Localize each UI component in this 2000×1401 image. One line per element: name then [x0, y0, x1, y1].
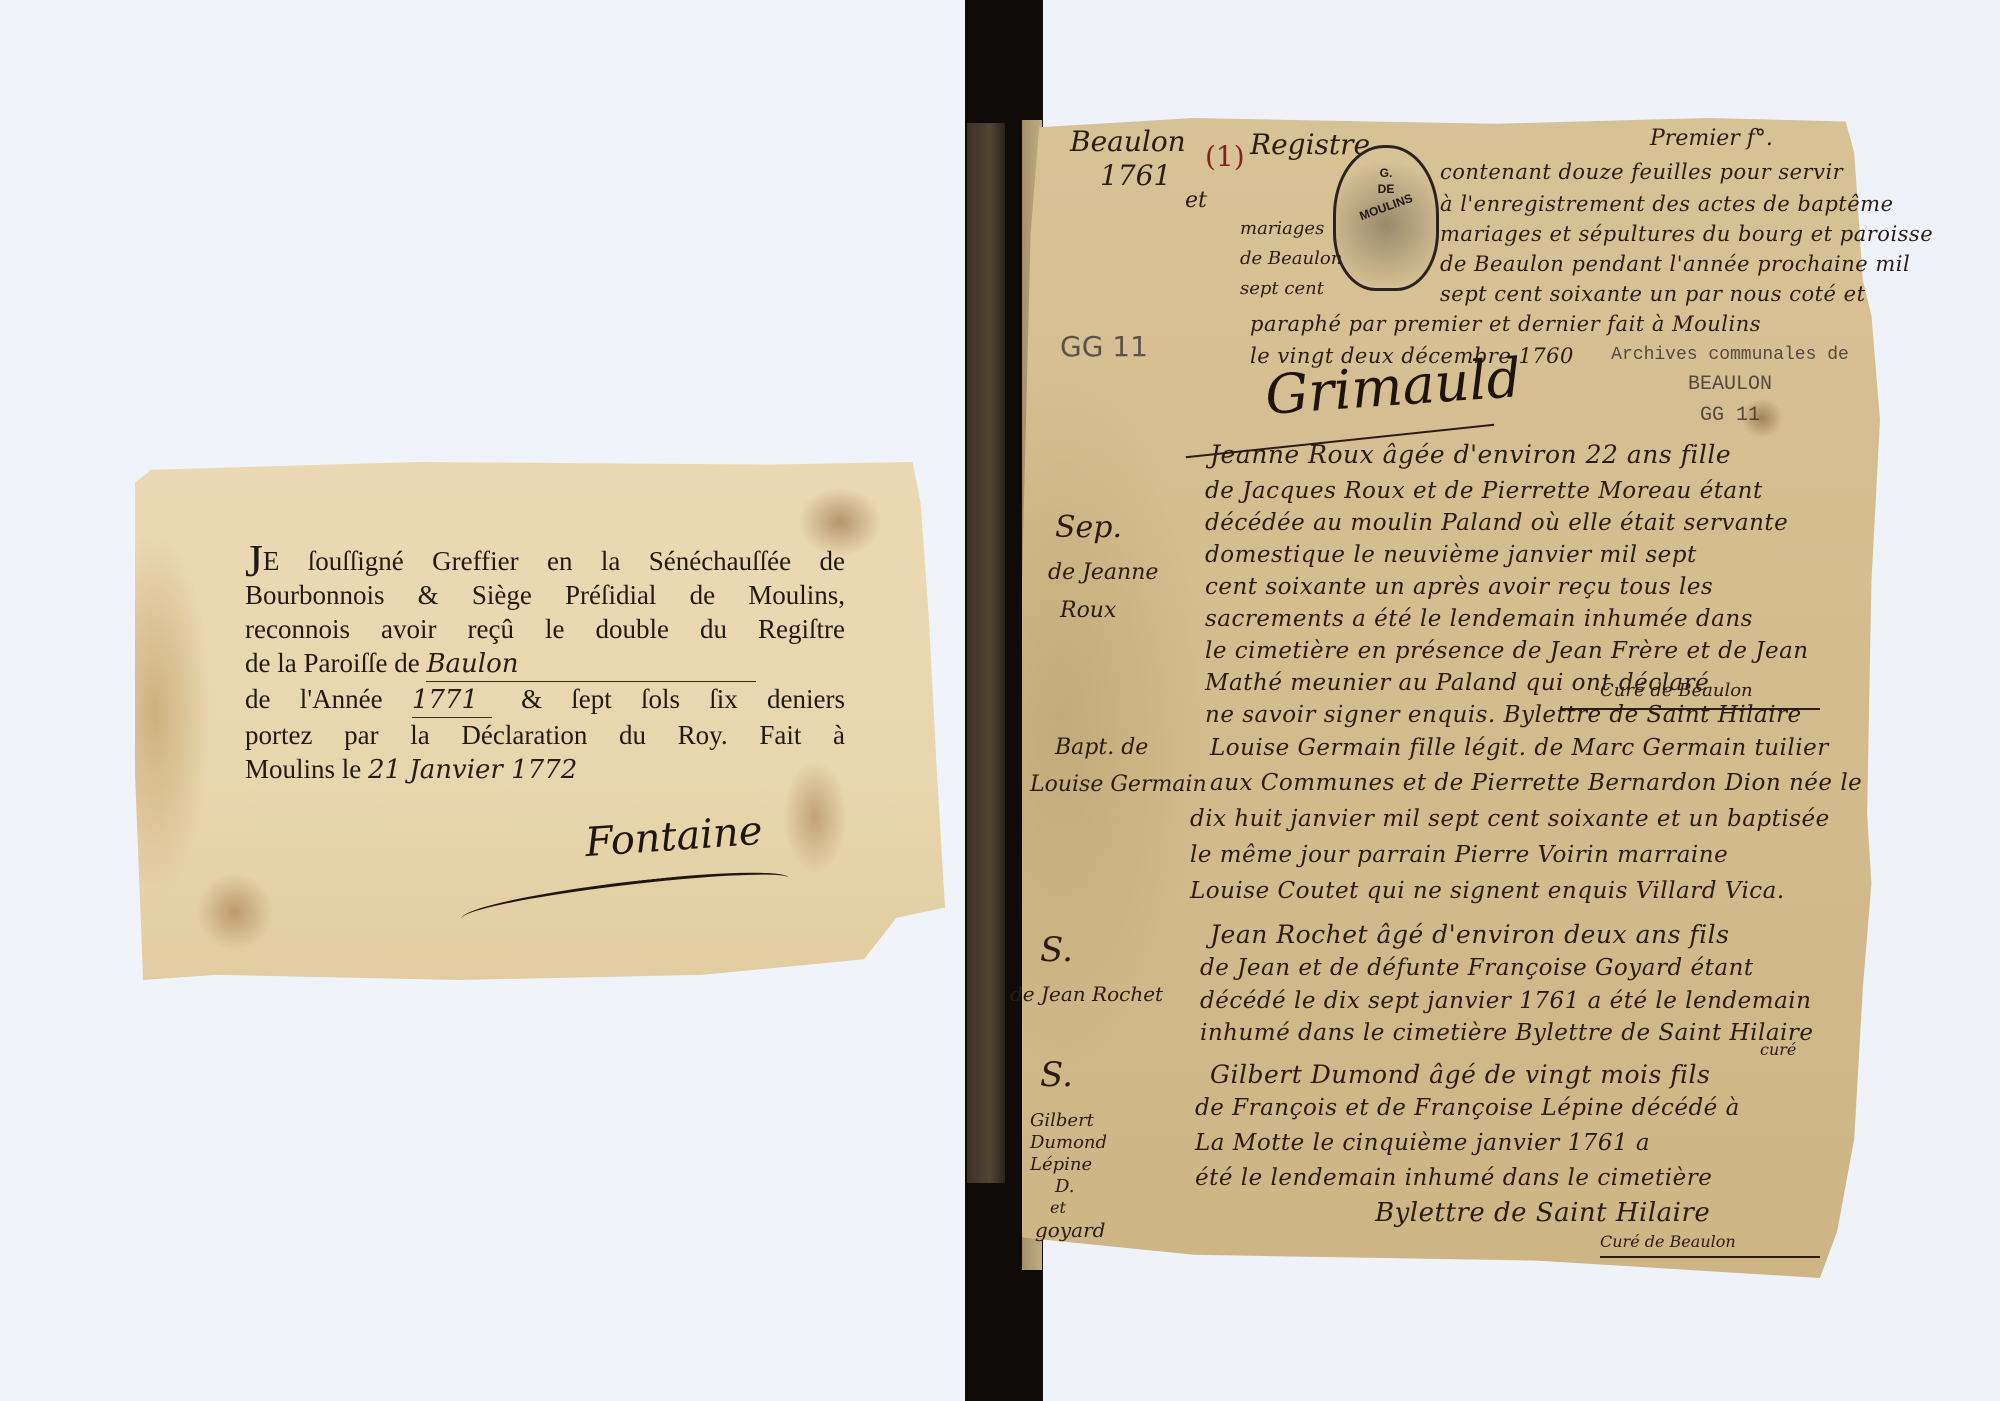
- entry1-line-4: domestique le neuvième janvier mil sept: [1205, 542, 1697, 568]
- entry2-line-2: aux Communes et de Pierrette Bernardon D…: [1210, 770, 1862, 796]
- entry4-underline: [1600, 1256, 1820, 1258]
- date-handwritten: 21 Janvier 1772: [368, 755, 577, 785]
- receipt-line-2: Bourbonnois & Siège Préſidial de Moulins…: [245, 578, 845, 612]
- entry4-margin-2: Gilbert: [1030, 1110, 1094, 1131]
- title-line-1: contenant douze feuilles pour servir: [1440, 160, 1843, 184]
- folio-note: Premier f°.: [1650, 122, 1773, 156]
- pencil-cote: GG 11: [1060, 330, 1148, 363]
- receipt-line-declaration: portez par la Déclaration du Roy. Fait à: [245, 718, 845, 752]
- entry2-line-1: Louise Germain fille légit. de Marc Germ…: [1210, 735, 1829, 761]
- greffier-receipt: JE ſouſſigné Greffier en la Sénéchauſſée…: [135, 462, 945, 980]
- archives-stamp: Archives communales de BEAULON GG 11: [1580, 345, 1880, 427]
- receipt-line-1: JE ſouſſigné Greffier en la Sénéchauſſée…: [245, 544, 845, 578]
- entry1-line-1: Jeanne Roux âgée d'environ 22 ans fille: [1210, 440, 1731, 469]
- entry1-margin-2: de Jeanne: [1048, 560, 1158, 585]
- signature-flourish: [459, 865, 791, 932]
- entry3-signature-title: curé: [1760, 1040, 1796, 1059]
- entry4-line-1: Gilbert Dumond âgé de vingt mois fils: [1210, 1060, 1710, 1089]
- entry2-line-3: dix huit janvier mil sept cent soixante …: [1190, 806, 1830, 832]
- entry4-margin-7: goyard: [1035, 1218, 1105, 1242]
- entry1-line-9: ne savoir signer enquis. Bylettre de Sai…: [1205, 702, 1802, 728]
- spine-board: [967, 123, 1005, 1183]
- entry1-line-2: de Jacques Roux et de Pierrette Moreau é…: [1205, 478, 1763, 504]
- title-line-4: de Beaulon pendant l'année prochaine mil: [1440, 252, 1910, 276]
- register-title-word: Registre: [1250, 128, 1370, 162]
- entry2-line-4: le même jour parrain Pierre Voirin marra…: [1190, 842, 1728, 868]
- entry1-margin-3: Roux: [1060, 598, 1116, 623]
- entry1-signature-title: Curé de Beaulon: [1600, 680, 1753, 701]
- entry3-line-3: décédé le dix sept janvier 1761 a été le…: [1200, 988, 1811, 1014]
- title-line-2: à l'enregistrement des actes de baptême: [1440, 192, 1894, 216]
- entry1-line-5: cent soixante un après avoir reçu tous l…: [1205, 574, 1713, 600]
- entry4-line-2: de François et de Françoise Lépine décéd…: [1195, 1095, 1740, 1121]
- entry3-margin-1: S.: [1040, 930, 1073, 970]
- entry4-line-4: été le lendemain inhumé dans le cimetièr…: [1195, 1165, 1712, 1191]
- entry3-margin-2: de Jean Rochet: [1010, 982, 1163, 1006]
- receipt-line-date: Moulins le 21 Janvier 1772: [245, 752, 845, 787]
- entry1-line-6: sacrements a été le lendemain inhumée da…: [1205, 606, 1753, 632]
- receipt-signature: Fontaine: [584, 808, 764, 866]
- title-line-3: mariages et sépultures du bourg et paroi…: [1440, 222, 1933, 246]
- entry3-line-4: inhumé dans le cimetière Bylettre de Sai…: [1200, 1020, 1814, 1046]
- title-line-6: paraphé par premier et dernier fait à Mo…: [1250, 312, 1761, 336]
- entry4-margin-5: D.: [1055, 1176, 1075, 1197]
- entry4-margin-3: Dumond: [1030, 1132, 1107, 1153]
- folio-mark: (1): [1205, 140, 1245, 174]
- parish-handwritten: Baulon: [426, 649, 518, 679]
- entry3-line-1: Jean Rochet âgé d'environ deux ans fils: [1210, 920, 1729, 949]
- entry3-line-2: de Jean et de défunte Françoise Goyard é…: [1200, 955, 1754, 981]
- entry4-signature-title: Curé de Beaulon: [1600, 1232, 1736, 1251]
- moulins-seal-stamp: G. DE MOULINS: [1333, 145, 1439, 291]
- receipt-line-year: de l'Année 1771 & ſept ſols ſix deniers: [245, 682, 845, 718]
- entry4-margin-4: Lépine: [1030, 1154, 1092, 1175]
- receipt-line-parish: de la Paroiſſe de Baulon: [245, 646, 845, 682]
- entry4-margin-1: S.: [1040, 1055, 1073, 1095]
- entry2-margin-1: Bapt. de: [1055, 735, 1148, 760]
- entry1-underline: [1560, 708, 1820, 710]
- receipt-line-3: reconnois avoir reçû le double du Regiſt…: [245, 612, 845, 646]
- entry1-line-3: décédée au moulin Paland où elle était s…: [1205, 510, 1788, 536]
- register-header-left: Beaulon 1761: [1070, 125, 1186, 193]
- entry1-margin-1: Sep.: [1055, 510, 1122, 545]
- entry2-margin-2: Louise Germain: [1030, 772, 1207, 797]
- entry2-line-5: Louise Coutet qui ne signent enquis Vill…: [1190, 878, 1785, 904]
- entry4-margin-6: et: [1050, 1198, 1066, 1217]
- entry4-signature: Bylettre de Saint Hilaire: [1375, 1198, 1710, 1228]
- receipt-printed-text: JE ſouſſigné Greffier en la Sénéchauſſée…: [245, 544, 845, 787]
- year-handwritten: 1771: [412, 683, 492, 718]
- entry4-line-3: La Motte le cinquième janvier 1761 a: [1195, 1130, 1650, 1156]
- title-line-5: sept cent soixante un par nous coté et: [1440, 282, 1866, 306]
- entry1-line-7: le cimetière en présence de Jean Frère e…: [1205, 638, 1809, 664]
